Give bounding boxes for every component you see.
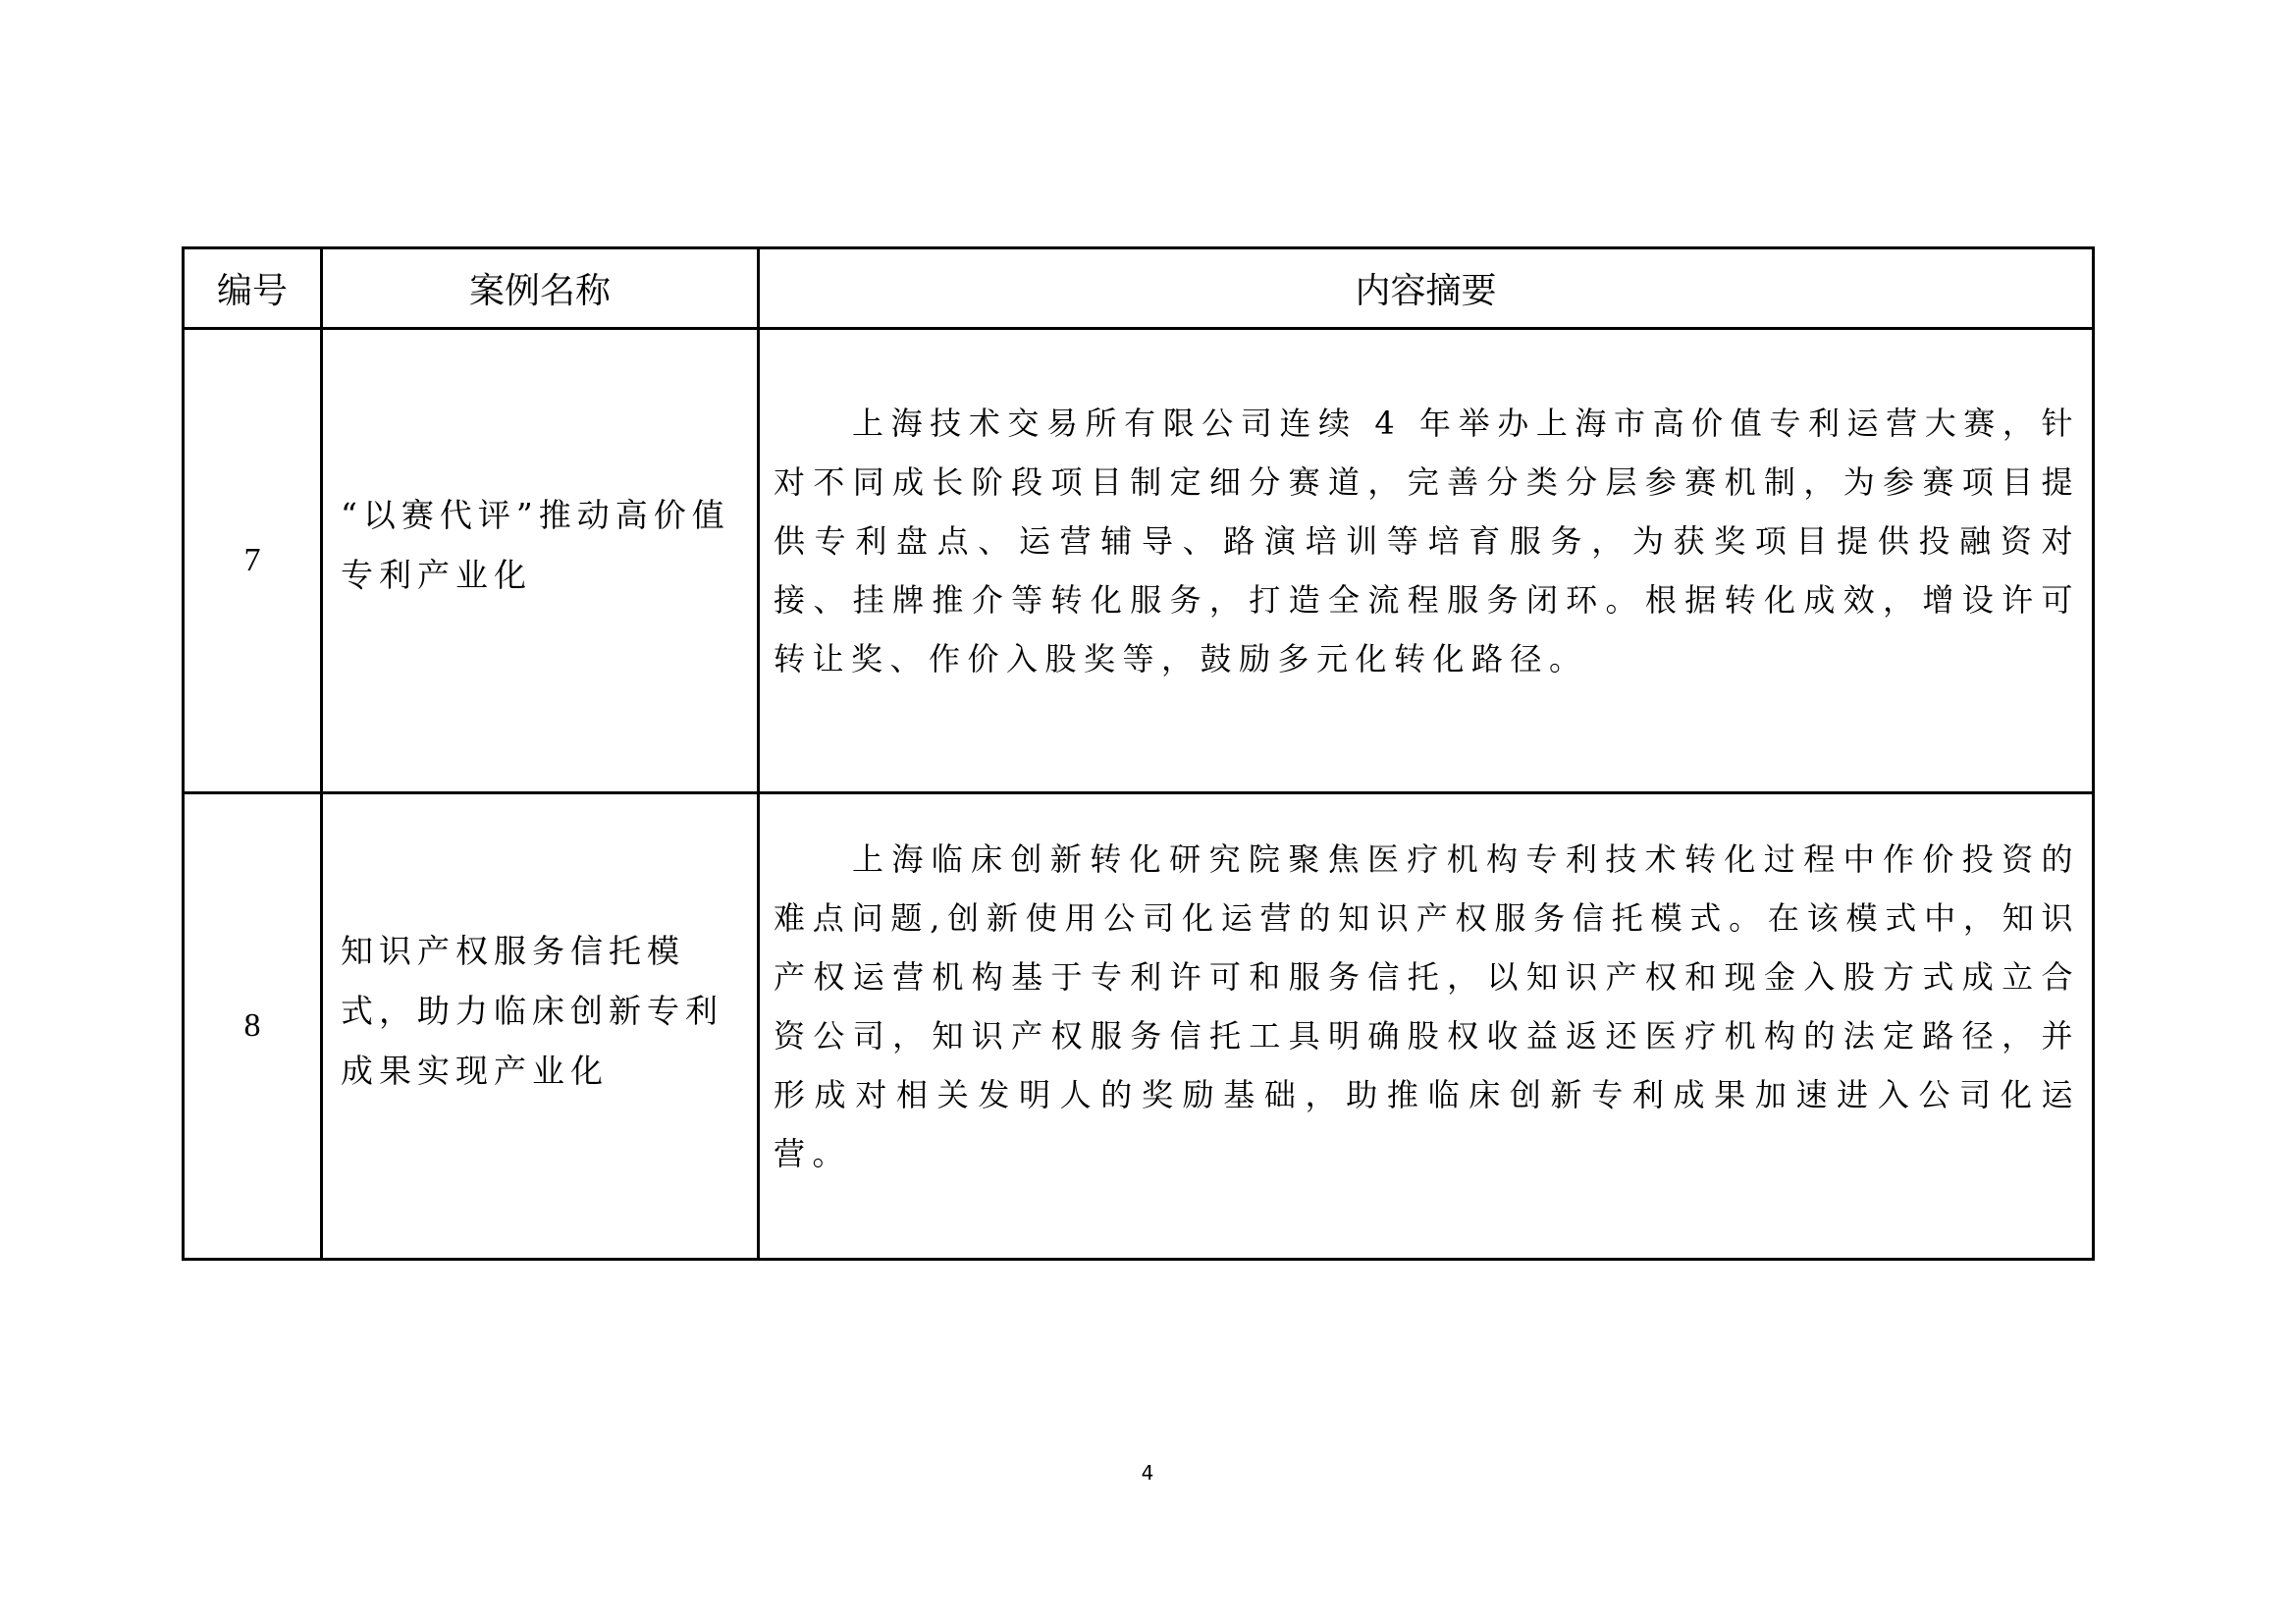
row-case-name-cell: “以赛代评”推动高价值专利产业化 <box>322 329 759 793</box>
row-case-name: “以赛代评”推动高价值专利产业化 <box>341 485 747 605</box>
row-summary: 上海技术交易所有限公司连续 4 年举办上海市高价值专利运营大赛，针对不同成长阶段… <box>774 394 2080 688</box>
row-summary: 上海临床创新转化研究院聚焦医疗机构专利技术转化过程中作价投资的难点问题,创新使用… <box>774 830 2080 1183</box>
case-table: 编号 案例名称 内容摘要 7 “以赛代评”推动高价值专利产业化 上海技术交易所有… <box>182 246 2095 1261</box>
row-case-name-cell: 知识产权服务信托模式，助力临床创新专利成果实现产业化 <box>322 793 759 1260</box>
table-row: 7 “以赛代评”推动高价值专利产业化 上海技术交易所有限公司连续 4 年举办上海… <box>184 329 2094 793</box>
table-header-row: 编号 案例名称 内容摘要 <box>184 248 2094 329</box>
header-summary: 内容摘要 <box>759 248 2094 329</box>
row-number: 8 <box>184 793 322 1260</box>
row-number: 7 <box>184 329 322 793</box>
row-summary-cell: 上海技术交易所有限公司连续 4 年举办上海市高价值专利运营大赛，针对不同成长阶段… <box>759 329 2094 793</box>
header-number: 编号 <box>184 248 322 329</box>
row-summary-cell: 上海临床创新转化研究院聚焦医疗机构专利技术转化过程中作价投资的难点问题,创新使用… <box>759 793 2094 1260</box>
row-case-name: 知识产权服务信托模式，助力临床创新专利成果实现产业化 <box>341 921 747 1101</box>
table-row: 8 知识产权服务信托模式，助力临床创新专利成果实现产业化 上海临床创新转化研究院… <box>184 793 2094 1260</box>
page-number: 4 <box>1138 1461 1157 1485</box>
document-page: 编号 案例名称 内容摘要 7 “以赛代评”推动高价值专利产业化 上海技术交易所有… <box>0 0 2296 1624</box>
header-case-name: 案例名称 <box>322 248 759 329</box>
